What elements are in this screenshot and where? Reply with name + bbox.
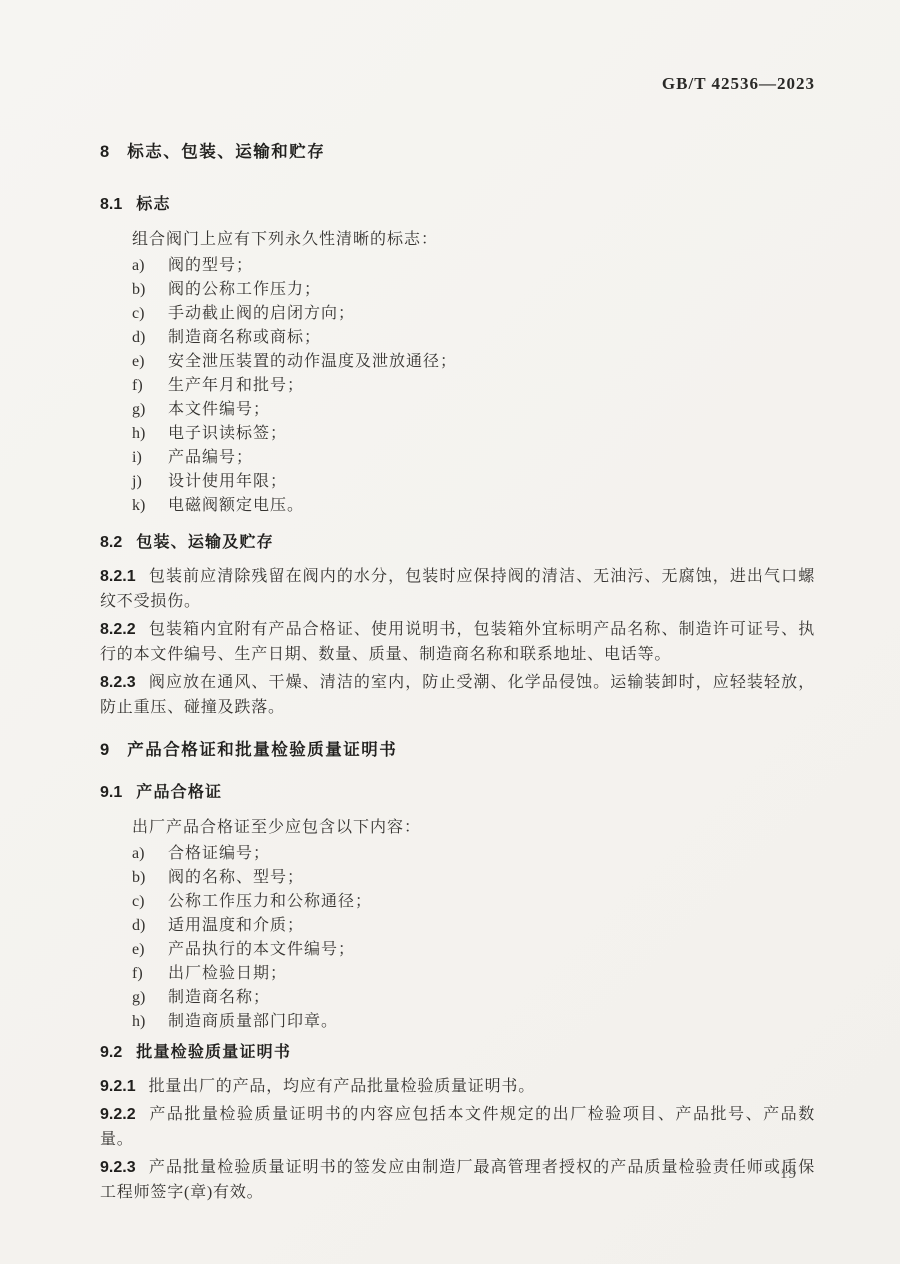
section-8-heading: 8标志、包装、运输和贮存	[100, 140, 815, 164]
page-number: 19	[780, 1166, 797, 1183]
clause-group-9-2: 9.2.1批量出厂的产品，均应有产品批量检验质量证明书。 9.2.2产品批量检验…	[100, 1074, 815, 1205]
clause-number: 8.2.3	[100, 674, 136, 691]
subsection-number: 9.2	[100, 1044, 122, 1061]
clause-9-2-3: 9.2.3产品批量检验质量证明书的签发应由制造厂最高管理者授权的产品质量检验责任…	[100, 1155, 815, 1205]
standard-code: GB/T 42536—2023	[662, 74, 815, 93]
list-item-text: 电磁阀额定电压。	[168, 497, 304, 514]
subsection-title: 包装、运输及贮存	[136, 534, 274, 551]
subsection-8-2-heading: 8.2包装、运输及贮存	[100, 532, 815, 554]
list-item-text: 制造商质量部门印章。	[168, 1013, 338, 1030]
list-item: c)手动截止阀的启闭方向；	[100, 302, 815, 326]
list-item-label: e)	[132, 938, 168, 962]
subsection-8-1-heading: 8.1标志	[100, 194, 815, 216]
list-item-text: 公称工作压力和公称通径；	[168, 893, 372, 910]
list-item-text: 产品编号；	[168, 449, 253, 466]
section-title: 标志、包装、运输和贮存	[127, 143, 325, 161]
list-item: h)制造商质量部门印章。	[100, 1010, 815, 1034]
list-item-text: 制造商名称或商标；	[168, 329, 321, 346]
list-item-text: 安全泄压装置的动作温度及泄放通径；	[168, 353, 457, 370]
clause-8-2-2: 8.2.2包装箱内宜附有产品合格证、使用说明书，包装箱外宜标明产品名称、制造许可…	[100, 617, 815, 667]
list-item: j)设计使用年限；	[100, 470, 815, 494]
list-item: e)安全泄压装置的动作温度及泄放通径；	[100, 350, 815, 374]
subsection-title: 产品合格证	[136, 784, 222, 801]
list-item-text: 手动截止阀的启闭方向；	[168, 305, 355, 322]
list-item: g)制造商名称；	[100, 986, 815, 1010]
clause-number: 9.2.2	[100, 1106, 136, 1123]
clause-text: 产品批量检验质量证明书的内容应包括本文件规定的出厂检验项目、产品批号、产品数量。	[100, 1106, 815, 1148]
list-item-label: h)	[132, 1010, 168, 1034]
clause-8-2-1: 8.2.1包装前应清除残留在阀内的水分，包装时应保持阀的清洁、无油污、无腐蚀，进…	[100, 564, 815, 614]
list-item-label: c)	[132, 890, 168, 914]
document-page: GB/T 42536—2023 8标志、包装、运输和贮存 8.1标志 组合阀门上…	[0, 0, 900, 1264]
list-item: k)电磁阀额定电压。	[100, 494, 815, 518]
list-item-label: d)	[132, 914, 168, 938]
subsection-title: 批量检验质量证明书	[136, 1044, 291, 1061]
list-item-text: 产品执行的本文件编号；	[168, 941, 355, 958]
clause-text: 包装前应清除残留在阀内的水分，包装时应保持阀的清洁、无油污、无腐蚀，进出气口螺纹…	[100, 568, 815, 610]
list-item-label: j)	[132, 470, 168, 494]
list-item-text: 适用温度和介质；	[168, 917, 304, 934]
list-item-text: 出厂检验日期；	[168, 965, 287, 982]
list-item-label: c)	[132, 302, 168, 326]
subsection-number: 8.1	[100, 196, 122, 213]
list-item: d)制造商名称或商标；	[100, 326, 815, 350]
list-item-label: k)	[132, 494, 168, 518]
certificate-item-list: a)合格证编号； b)阀的名称、型号； c)公称工作压力和公称通径； d)适用温…	[100, 842, 815, 1034]
list-intro-paragraph: 出厂产品合格证至少应包含以下内容：	[100, 816, 815, 840]
section-number: 8	[100, 143, 109, 161]
page-header: GB/T 42536—2023	[100, 74, 815, 94]
subsection-9-2-heading: 9.2批量检验质量证明书	[100, 1042, 815, 1064]
clause-8-2-3: 8.2.3阀应放在通风、干燥、清洁的室内，防止受潮、化学品侵蚀。运输装卸时，应轻…	[100, 670, 815, 720]
list-item-label: e)	[132, 350, 168, 374]
clause-text: 批量出厂的产品，均应有产品批量检验质量证明书。	[149, 1078, 535, 1095]
list-item-label: b)	[132, 278, 168, 302]
list-item-label: a)	[132, 254, 168, 278]
list-item-text: 制造商名称；	[168, 989, 270, 1006]
list-item: b)阀的公称工作压力；	[100, 278, 815, 302]
clause-text: 产品批量检验质量证明书的签发应由制造厂最高管理者授权的产品质量检验责任师或质保工…	[100, 1159, 815, 1201]
list-item-text: 阀的公称工作压力；	[168, 281, 321, 298]
list-item-label: a)	[132, 842, 168, 866]
list-item-text: 阀的型号；	[168, 257, 253, 274]
clause-9-2-1: 9.2.1批量出厂的产品，均应有产品批量检验质量证明书。	[100, 1074, 815, 1099]
marking-item-list: a)阀的型号； b)阀的公称工作压力； c)手动截止阀的启闭方向； d)制造商名…	[100, 254, 815, 518]
list-item: e)产品执行的本文件编号；	[100, 938, 815, 962]
list-item-label: f)	[132, 374, 168, 398]
list-item-label: i)	[132, 446, 168, 470]
list-item: f)出厂检验日期；	[100, 962, 815, 986]
subsection-number: 9.1	[100, 784, 122, 801]
subsection-title: 标志	[136, 196, 170, 213]
clause-number: 8.2.1	[100, 568, 136, 585]
list-item-text: 阀的名称、型号；	[168, 869, 304, 886]
list-item: h)电子识读标签；	[100, 422, 815, 446]
list-item: g)本文件编号；	[100, 398, 815, 422]
section-title: 产品合格证和批量检验质量证明书	[127, 741, 397, 759]
list-item-text: 生产年月和批号；	[168, 377, 304, 394]
list-intro-paragraph: 组合阀门上应有下列永久性清晰的标志：	[100, 228, 815, 252]
clause-text: 阀应放在通风、干燥、清洁的室内，防止受潮、化学品侵蚀。运输装卸时，应轻装轻放，防…	[100, 674, 815, 716]
list-item-label: g)	[132, 986, 168, 1010]
clause-number: 8.2.2	[100, 621, 136, 638]
subsection-number: 8.2	[100, 534, 122, 551]
clause-number: 9.2.1	[100, 1078, 136, 1095]
page-content: GB/T 42536—2023 8标志、包装、运输和贮存 8.1标志 组合阀门上…	[0, 0, 900, 1205]
subsection-9-1-heading: 9.1产品合格证	[100, 782, 815, 804]
list-item: f)生产年月和批号；	[100, 374, 815, 398]
list-item-label: g)	[132, 398, 168, 422]
clause-9-2-2: 9.2.2产品批量检验质量证明书的内容应包括本文件规定的出厂检验项目、产品批号、…	[100, 1102, 815, 1152]
list-item-text: 本文件编号；	[168, 401, 270, 418]
list-item-label: d)	[132, 326, 168, 350]
clause-group-8-2: 8.2.1包装前应清除残留在阀内的水分，包装时应保持阀的清洁、无油污、无腐蚀，进…	[100, 564, 815, 720]
section-number: 9	[100, 741, 109, 759]
list-item-text: 电子识读标签；	[168, 425, 287, 442]
list-item: i)产品编号；	[100, 446, 815, 470]
clause-text: 包装箱内宜附有产品合格证、使用说明书，包装箱外宜标明产品名称、制造许可证号、执行…	[100, 621, 815, 663]
list-item-label: b)	[132, 866, 168, 890]
list-item: a)合格证编号；	[100, 842, 815, 866]
list-item-label: h)	[132, 422, 168, 446]
list-item: d)适用温度和介质；	[100, 914, 815, 938]
list-item-text: 设计使用年限；	[168, 473, 287, 490]
section-9-heading: 9产品合格证和批量检验质量证明书	[100, 738, 815, 762]
list-item-text: 合格证编号；	[168, 845, 270, 862]
list-item: c)公称工作压力和公称通径；	[100, 890, 815, 914]
clause-number: 9.2.3	[100, 1159, 136, 1176]
list-item: b)阀的名称、型号；	[100, 866, 815, 890]
list-item: a)阀的型号；	[100, 254, 815, 278]
list-item-label: f)	[132, 962, 168, 986]
